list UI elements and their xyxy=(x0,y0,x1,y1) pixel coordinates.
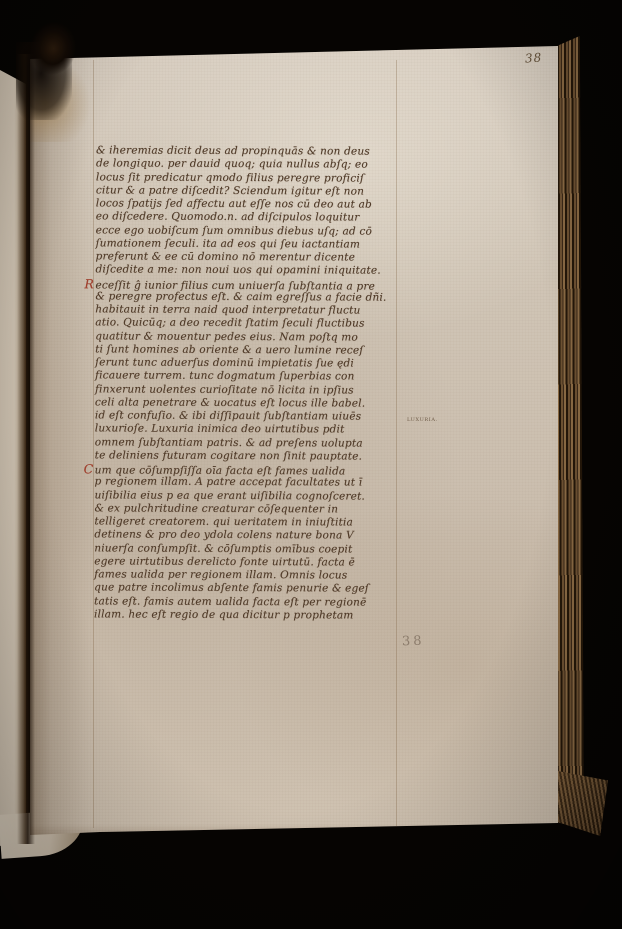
manuscript-line-text: preferunt & ee cū domino nō merentur dic… xyxy=(96,250,356,263)
manuscript-line: ſumationem ſeculi. ita ad eos qui ſeu ia… xyxy=(96,237,404,252)
manuscript-line: locus ſit predicatur qmodo filius peregr… xyxy=(96,171,404,186)
margin-note: LUXURIA. xyxy=(407,417,438,423)
manuscript-line: habitauit in terra naid quod interpretat… xyxy=(95,303,403,318)
manuscript-line-text: ſumationem ſeculi. ita ad eos qui ſeu ia… xyxy=(96,237,361,250)
manuscript-line: eo diſcedere. Quomodo.n. ad diſcipulos l… xyxy=(96,211,404,226)
manuscript-line-text: finxerunt uolentes curioſitate nō licita… xyxy=(95,383,354,396)
manuscript-line: fames ualida per regionem illam. Omnis l… xyxy=(94,568,402,583)
folio-number: 38 xyxy=(525,50,543,65)
manuscript-line-text: & peregre profectus eſt. & caim egreſſus… xyxy=(95,290,386,303)
manuscript-line-text: ficauere turrem. tunc dogmatum ſuperbias… xyxy=(95,370,355,383)
manuscript-line: & iheremias dicit deus ad propinquās & n… xyxy=(96,144,404,159)
manuscript-line-text: p regionem illam. A patre accepat facult… xyxy=(95,476,363,489)
gutter-crease-shadow xyxy=(17,54,35,844)
manuscript-line-text: ti ſunt homines ab oriente & a uero lumi… xyxy=(95,343,363,356)
manuscript-line: locos ſpatijs ſed affectu aut eſſe nos c… xyxy=(96,197,404,212)
manuscript-line-text: detinens & pro deo ydola colens nature b… xyxy=(94,529,353,542)
manuscript-line: celi alta penetrare & uocatus eſt locus … xyxy=(95,396,403,411)
rubric-initial: R xyxy=(84,277,95,290)
manuscript-line-text: & ex pulchritudine creaturar cōſequenter… xyxy=(94,502,338,515)
manuscript-line: & ex pulchritudine creaturar cōſequenter… xyxy=(94,502,402,517)
manuscript-line: id eſt confuſio. & ibi diſſipauit ſubſta… xyxy=(95,409,403,424)
manuscript-line: Receſſit ĝ iunior filius cum uniuerſa ſu… xyxy=(95,277,403,292)
manuscript-line-text: uiſibilia eius p ea que erant uiſibilia … xyxy=(94,489,365,502)
rubric-initial: C xyxy=(84,462,95,475)
manuscript-line: & peregre profectus eſt. & caim egreſſus… xyxy=(95,290,403,305)
manuscript-line-text: locus ſit predicatur qmodo filius peregr… xyxy=(96,171,364,184)
manuscript-line-text: atio. Quicūq; a deo recedit ſtatim ſecul… xyxy=(95,317,364,330)
manuscript-line: tatis eſt. famis autem ualida facta eſt … xyxy=(94,595,402,610)
manuscript-line-text: locos ſpatijs ſed affectu aut eſſe nos c… xyxy=(96,197,372,210)
manuscript-line: ecce ego uobiſcum ſum omnibus diebus uſq… xyxy=(96,224,404,239)
manuscript-line: ti ſunt homines ab oriente & a uero lumi… xyxy=(95,343,403,358)
manuscript-line-text: eo diſcedere. Quomodo.n. ad diſcipulos l… xyxy=(96,211,360,224)
manuscript-line: quatitur & mouentur pedes eius. Nam poſt… xyxy=(95,330,403,345)
pencil-foliation: 38 xyxy=(402,634,425,650)
manuscript-line-text: que patre incolimus abſente famis penuri… xyxy=(94,582,369,595)
manuscript-line-text: tatis eſt. famis autem ualida facta eſt … xyxy=(94,595,366,608)
manuscript-line: niuerſa conſumpſit. & cōſumptis omībus c… xyxy=(94,542,402,557)
manuscript-line-text: egere uirtutibus derelicto fonte uirtutū… xyxy=(94,555,355,568)
manuscript-line: uiſibilia eius p ea que erant uiſibilia … xyxy=(94,489,402,504)
manuscript-line-text: celi alta penetrare & uocatus eſt locus … xyxy=(95,396,365,409)
manuscript-line: illam. hec eſt regio de qua dicitur p pr… xyxy=(94,608,402,623)
manuscript-line-text: id eſt confuſio. & ibi diſſipauit ſubſta… xyxy=(95,409,361,422)
manuscript-line: te deliniens futuram cogitare non ſinit … xyxy=(95,449,403,464)
page-bottom-shade xyxy=(30,824,558,840)
photo-stage: 38 & iheremias dicit deus ad propinquās … xyxy=(0,0,622,929)
manuscript-line-text: habitauit in terra naid quod interpretat… xyxy=(95,303,360,316)
manuscript-line-text: ecce ego uobiſcum ſum omnibus diebus uſq… xyxy=(96,224,372,237)
manuscript-line-text: diſcedite a me: non noui uos qui opamini… xyxy=(95,264,380,277)
manuscript-line: luxurioſe. Luxuria inimica deo uirtutibu… xyxy=(95,423,403,438)
manuscript-line-text: quatitur & mouentur pedes eius. Nam poſt… xyxy=(95,330,358,343)
manuscript-line: egere uirtutibus derelicto fonte uirtutū… xyxy=(94,555,402,570)
manuscript-line: atio. Quicūq; a deo recedit ſtatim ſecul… xyxy=(95,317,403,332)
manuscript-line: citur & a patre diſcedit? Sciendum igitu… xyxy=(96,184,404,199)
gutter-inner-shade xyxy=(30,46,90,840)
manuscript-line: preferunt & ee cū domino nō merentur dic… xyxy=(96,250,404,265)
manuscript-line: de longiquo. per dauid quoq; quia nullus… xyxy=(96,158,404,173)
manuscript-line-text: citur & a patre diſcedit? Sciendum igitu… xyxy=(96,184,364,197)
manuscript-line-text: de longiquo. per dauid quoq; quia nullus… xyxy=(96,158,368,171)
manuscript-line: omnem ſubſtantiam patris. & ad preſens u… xyxy=(95,436,403,451)
manuscript-line-text: te deliniens futuram cogitare non ſinit … xyxy=(95,449,362,462)
manuscript-line-text: niuerſa conſumpſit. & cōſumptis omībus c… xyxy=(94,542,352,555)
manuscript-line-text: & iheremias dicit deus ad propinquās & n… xyxy=(96,144,370,157)
manuscript-line: que patre incolimus abſente famis penuri… xyxy=(94,582,402,597)
manuscript-text-block: & iheremias dicit deus ad propinquās & n… xyxy=(94,144,404,622)
manuscript-line: p regionem illam. A patre accepat facult… xyxy=(95,476,403,491)
manuscript-line: ſerunt tunc aduerſus dominū impietatis ſ… xyxy=(95,356,403,371)
manuscript-line: ficauere turrem. tunc dogmatum ſuperbias… xyxy=(95,370,403,385)
manuscript-line-text: luxurioſe. Luxuria inimica deo uirtutibu… xyxy=(95,423,345,436)
manuscript-page: 38 & iheremias dicit deus ad propinquās … xyxy=(30,46,558,840)
manuscript-line: telligeret creatorem. qui ueritatem in i… xyxy=(94,515,402,530)
manuscript-line-text: telligeret creatorem. qui ueritatem in i… xyxy=(94,515,353,528)
manuscript-line-text: illam. hec eſt regio de qua dicitur p pr… xyxy=(94,608,354,621)
manuscript-line: finxerunt uolentes curioſitate nō licita… xyxy=(95,383,403,398)
manuscript-line: Cum que cōſumpſiſſa oīa facta eſt fames … xyxy=(95,462,403,477)
fore-edge-bottom-corner xyxy=(552,770,608,836)
manuscript-line-text: ſerunt tunc aduerſus dominū impietatis ſ… xyxy=(95,356,354,369)
manuscript-line: diſcedite a me: non noui uos qui opamini… xyxy=(95,264,403,279)
manuscript-line-text: omnem ſubſtantiam patris. & ad preſens u… xyxy=(95,436,363,449)
manuscript-line: detinens & pro deo ydola colens nature b… xyxy=(94,529,402,544)
manuscript-line-text: fames ualida per regionem illam. Omnis l… xyxy=(94,568,347,581)
